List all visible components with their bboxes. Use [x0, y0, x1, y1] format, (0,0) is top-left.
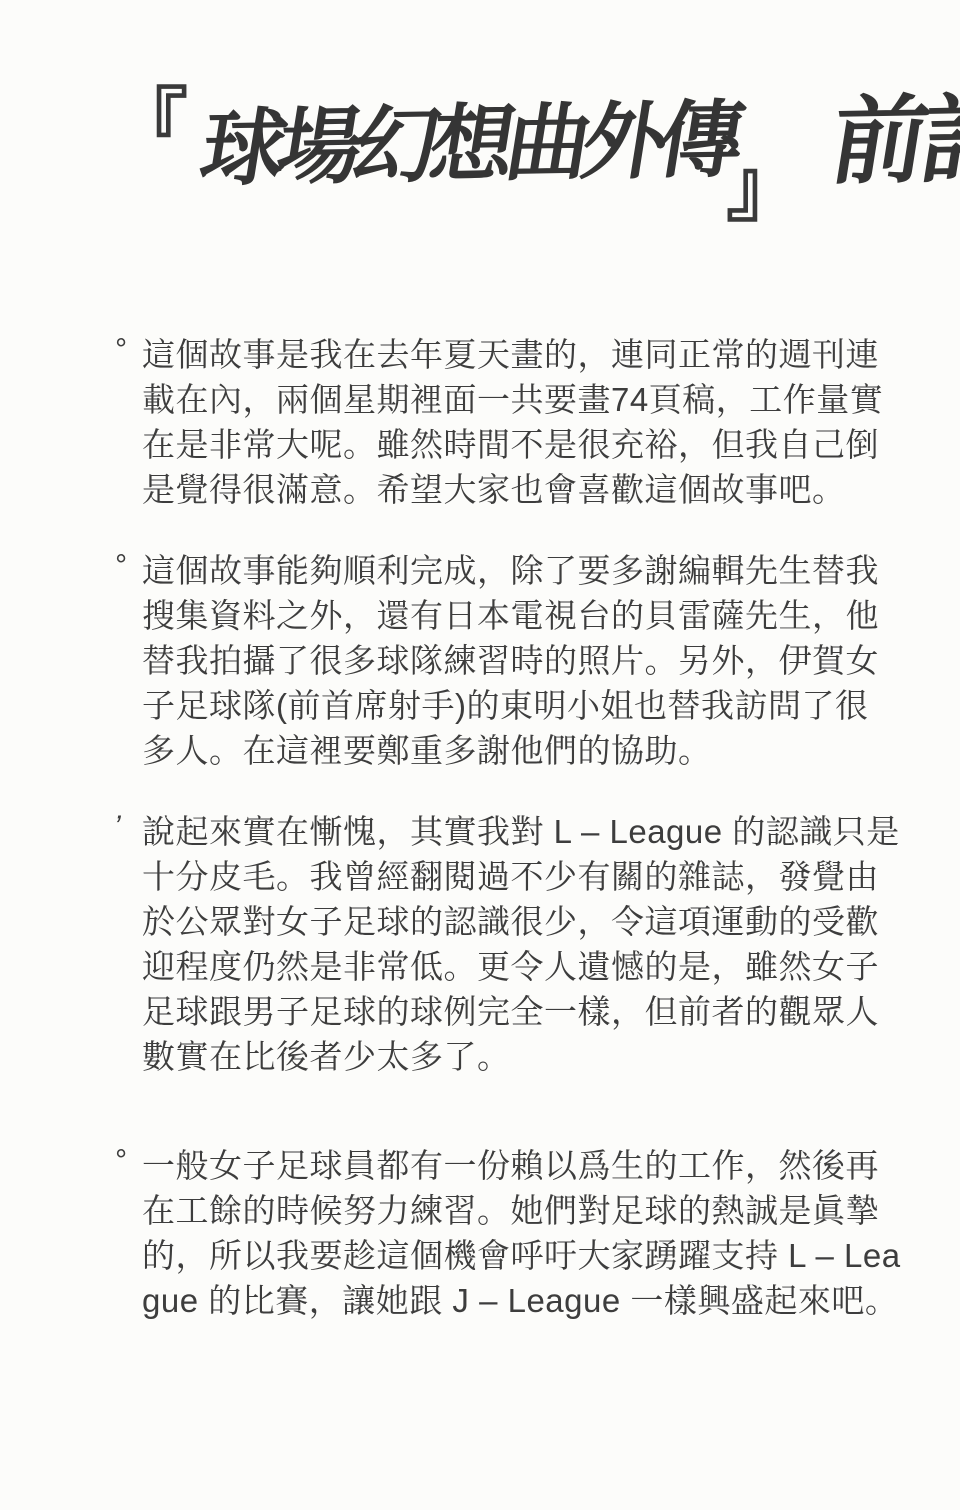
- title-text: 球場幻想曲外傳: [192, 77, 746, 212]
- paragraph-text: 這個故事能夠順利完成，除了要多謝編輯先生替我 搜集資料之外，還有日本電視台的貝雷…: [142, 548, 879, 773]
- paragraph-text: 說起來實在慚愧，其實我對 L – League 的認識只是 十分皮毛。我曾經翻閱…: [142, 809, 900, 1079]
- paragraph-1: ° 這個故事是我在去年夏天畫的，連同正常的週刊連 載在內，兩個星期裡面一共要畫7…: [114, 332, 874, 512]
- paragraph-3: ’ 說起來實在慚愧，其實我對 L – League 的認識只是 十分皮毛。我曾經…: [114, 809, 874, 1079]
- page-body: ° 這個故事是我在去年夏天畫的，連同正常的週刊連 載在內，兩個星期裡面一共要畫7…: [114, 332, 874, 1359]
- title-close-bracket: 』: [726, 150, 802, 226]
- paragraph-text: 這個故事是我在去年夏天畫的，連同正常的週刊連 載在內，兩個星期裡面一共要畫74頁…: [142, 332, 883, 512]
- paragraph-2: ° 這個故事能夠順利完成，除了要多謝編輯先生替我 搜集資料之外，還有日本電視台的…: [114, 548, 874, 773]
- scanned-page: 『 球場幻想曲外傳 』 前話 ° 這個故事是我在去年夏天畫的，連同正常的週刊連 …: [0, 0, 960, 1510]
- title-open-bracket: 『: [112, 86, 188, 162]
- paragraph-4: ° 一般女子足球員都有一份賴以爲生的工作，然後再 在工餘的時候努力練習。她們對足…: [114, 1143, 874, 1323]
- paragraph-bullet: ’: [114, 805, 142, 849]
- paragraph-bullet: °: [114, 544, 142, 588]
- paragraph-bullet: °: [114, 328, 142, 372]
- title-suffix-text: 前話: [822, 77, 960, 205]
- paragraph-bullet: °: [114, 1139, 142, 1183]
- paragraph-text: 一般女子足球員都有一份賴以爲生的工作，然後再 在工餘的時候努力練習。她們對足球的…: [142, 1143, 901, 1323]
- page-title: 『 球場幻想曲外傳 』 前話: [112, 72, 960, 226]
